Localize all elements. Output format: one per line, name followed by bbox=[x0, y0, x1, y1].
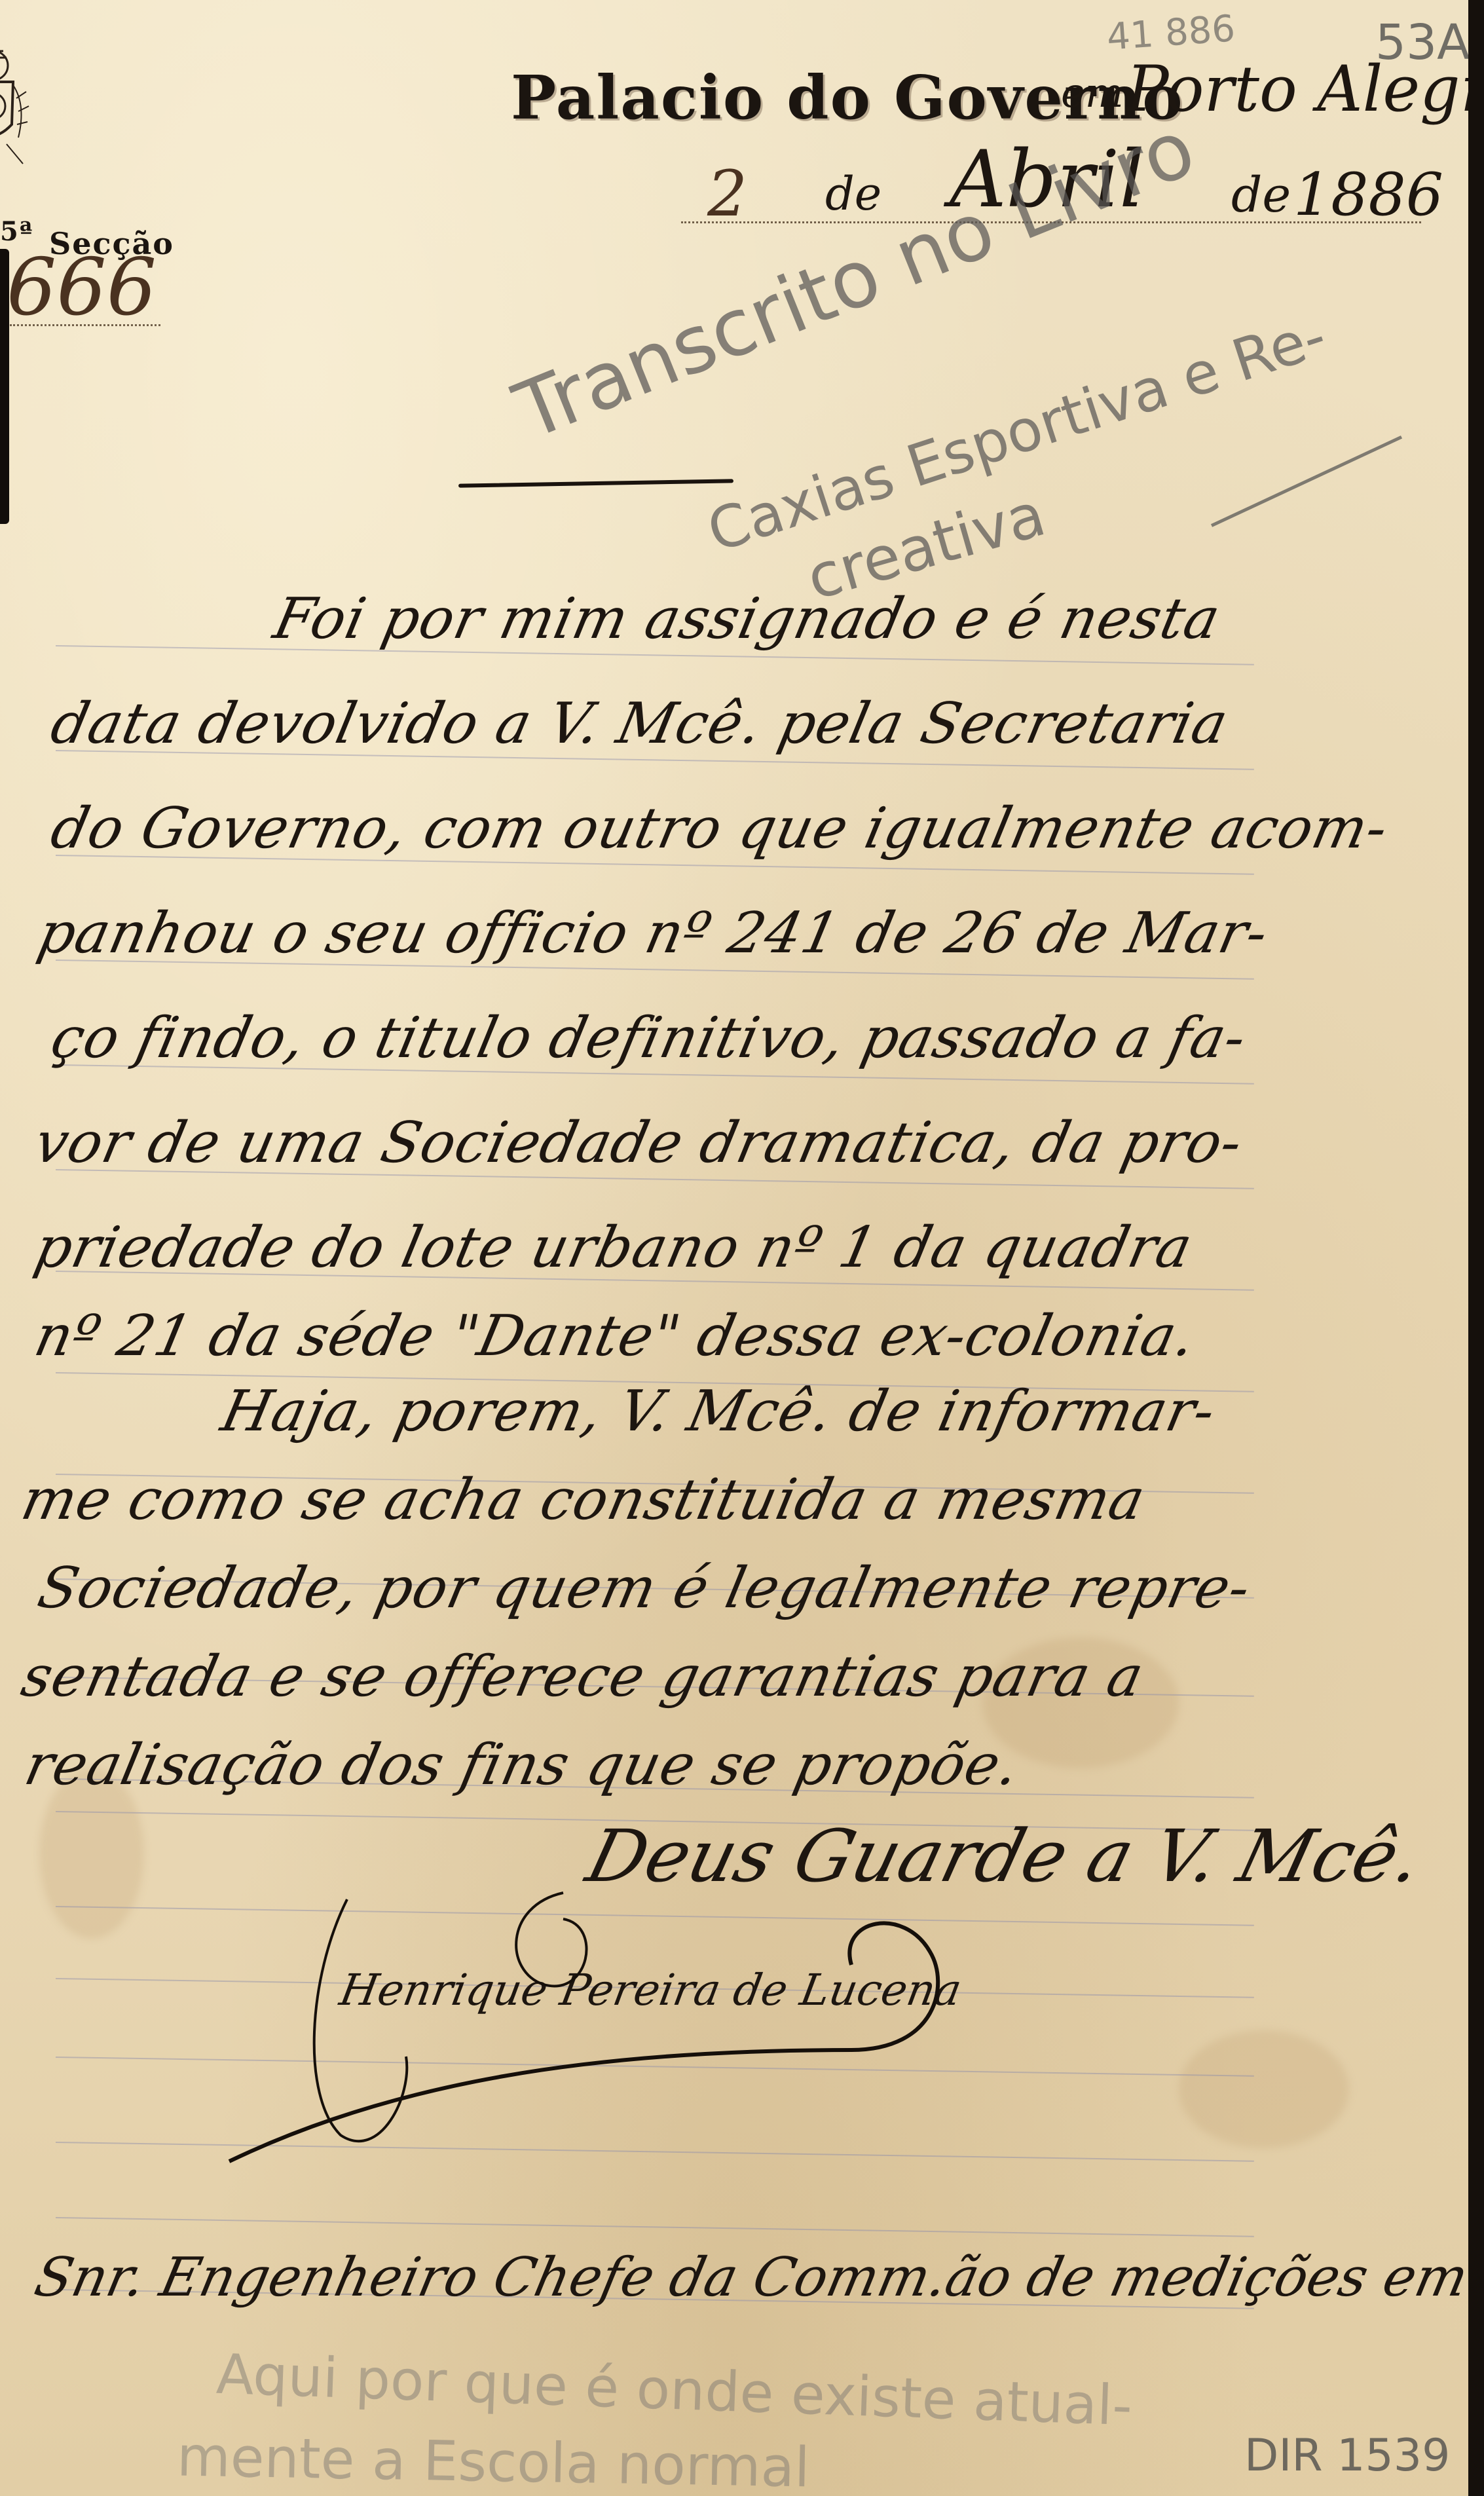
body-line-4: panhou o seu officio nº 241 de 26 de Mar… bbox=[32, 901, 1274, 966]
date-de: de bbox=[825, 167, 881, 221]
date-de-2: de bbox=[1231, 167, 1291, 223]
body-line-7: priedade do lote urbano nº 1 da quadra bbox=[29, 1215, 1198, 1280]
body-line-6: vor de uma Sociedade dramatica, da pro- bbox=[29, 1110, 1248, 1176]
body-line-9: Haja, porem, V. Mcê. de informar- bbox=[215, 1379, 1221, 1444]
pencil-note-bottom-line-1: Aqui por que é onde existe atual- bbox=[215, 2342, 1134, 2438]
document-page: 41 886 53A Palacio do Governo em Porto A… bbox=[0, 0, 1468, 2496]
body-line-12: sentada e se offerece garantias para a bbox=[16, 1644, 1149, 1709]
body-line-1: Foi por mim assignado e é nesta bbox=[268, 586, 1226, 652]
body-line-10: me como se acha constituida a mesma bbox=[16, 1467, 1151, 1533]
section-number: 666 bbox=[7, 242, 157, 333]
body-line-5: ço findo, o titulo definitivo, passado a… bbox=[45, 1005, 1252, 1071]
pencil-stroke bbox=[1211, 436, 1402, 527]
signature-flourish-icon bbox=[196, 1886, 1244, 2174]
letterhead-location: Porto Alegre, bbox=[1126, 52, 1484, 126]
date-year: 1886 bbox=[1293, 160, 1443, 229]
pencil-note-bottom-line-2: mente a Escola normal bbox=[176, 2425, 810, 2496]
body-line-11: Sociedade, por quem é legalmente repre- bbox=[32, 1555, 1256, 1621]
body-line-3: do Governo, com outro que igualmente aco… bbox=[45, 796, 1394, 861]
body-line-13: realisação dos fins que se propõe. bbox=[19, 1732, 1025, 1798]
archive-number: 41 886 bbox=[1105, 7, 1236, 59]
archive-code: DIR 1539 bbox=[1244, 2430, 1450, 2482]
body-line-8: nº 21 da séde "Dante" dessa ex-colonia. bbox=[29, 1303, 1201, 1369]
date-day: 2 bbox=[707, 157, 747, 231]
ruled-line bbox=[56, 2217, 1254, 2237]
body-line-2: data devolvido a V. Mcê. pela Secretaria bbox=[45, 691, 1234, 756]
imperial-crest-icon bbox=[0, 46, 39, 177]
closing-salutation: Deus Guarde a V. Mcê. bbox=[579, 1814, 1430, 1898]
letterhead-location-prefix: em bbox=[1061, 69, 1123, 117]
addressee: Snr. Engenheiro Chefe da Comm.ão de medi… bbox=[29, 2246, 1484, 2309]
scan-border bbox=[1468, 0, 1484, 2496]
separator-flourish bbox=[458, 479, 733, 487]
